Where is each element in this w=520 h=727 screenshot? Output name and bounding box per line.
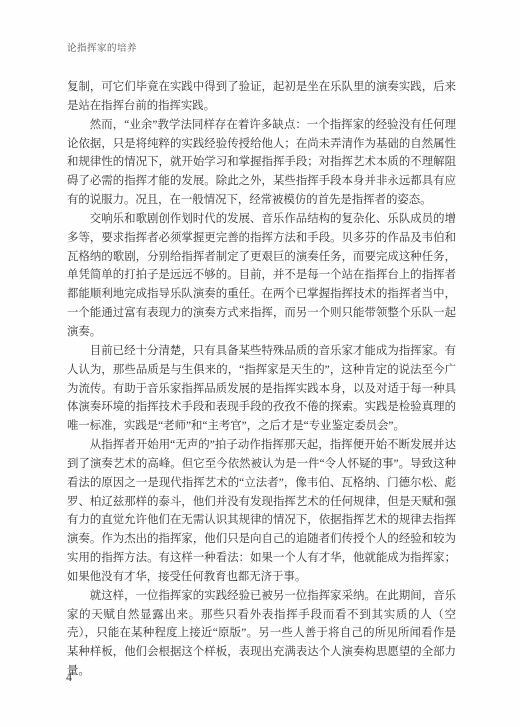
book-page: 论指挥家的培养 复制，可它们毕竟在实践中得到了验证，起初是坐在乐队里的演奏实践，…: [0, 0, 520, 727]
page-number: 4: [66, 669, 72, 685]
paragraph: 然而，“业余”教学法同样存在着许多缺点：一个指挥家的经验没有任何理论依据，只是将…: [67, 116, 456, 210]
paragraph: 就这样，一位指挥家的实践经验已被另一位指挥家采纳。在此期间，音乐家的天赋自然显露…: [67, 587, 456, 681]
paragraph: 从指挥者开始用“无声的”拍子动作指挥那天起，指挥便开始不断发展并达到了演奏艺术的…: [67, 436, 456, 587]
page-body: 复制，可它们毕竟在实践中得到了验证，起初是坐在乐队里的演奏实践，后来是站在指挥台…: [67, 78, 456, 681]
paragraph: 交响乐和歌剧创作划时代的发展、音乐作品结构的复杂化、乐队成员的增多等，要求指挥者…: [67, 210, 456, 342]
running-header: 论指挥家的培养: [67, 43, 137, 55]
paragraph: 复制，可它们毕竟在实践中得到了验证，起初是坐在乐队里的演奏实践，后来是站在指挥台…: [67, 78, 456, 116]
paragraph: 目前已经十分清楚，只有具备某些特殊品质的音乐家才能成为指挥家。有人认为，那些品质…: [67, 342, 456, 436]
